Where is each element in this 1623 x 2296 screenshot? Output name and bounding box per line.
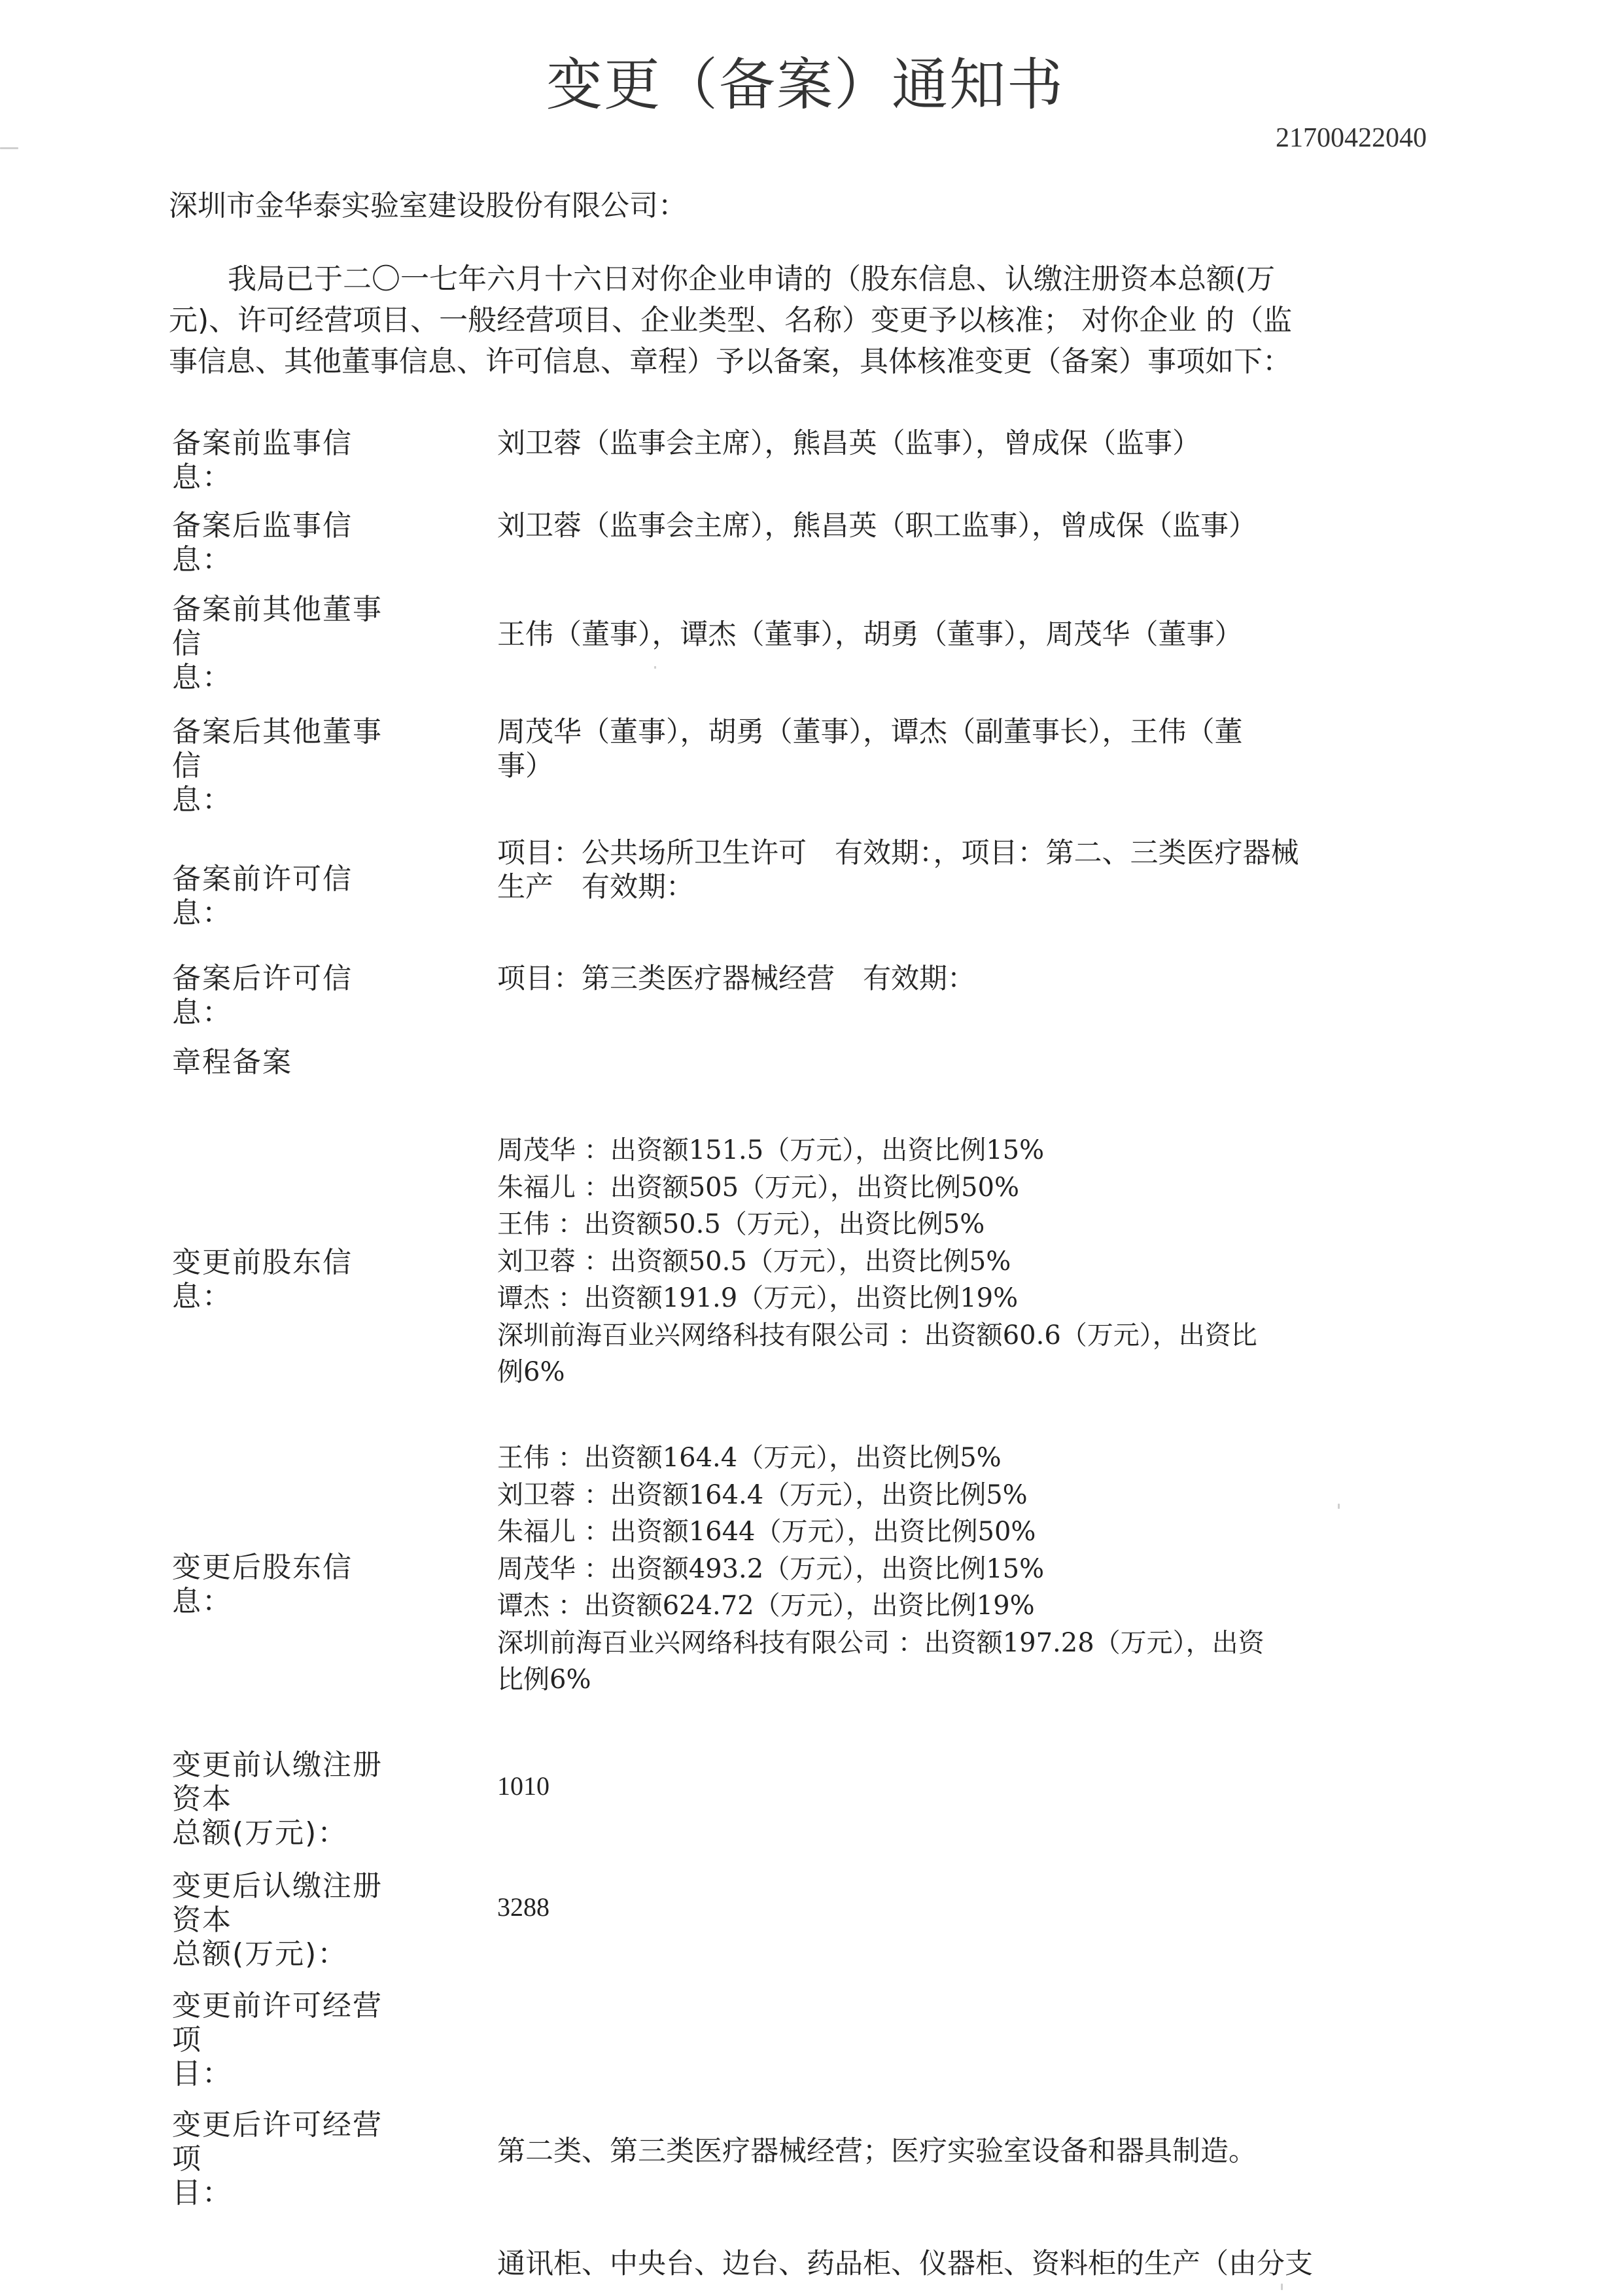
label-text: 变更后认缴注册资本	[172, 1869, 408, 1937]
field-label-capital-after: 变更后认缴注册资本 总额(万元)：	[172, 1869, 408, 1971]
field-value-licensed-business-after: 第二类、第三类医疗器械经营；医疗实验室设备和器具制造。	[497, 2133, 1452, 2170]
shareholder-entry: 朱福儿 ：出资额1644（万元），出资比例50%	[497, 1513, 1452, 1551]
shareholder-entry: 周茂华 ：出资额151.5（万元），出资比例15%	[497, 1132, 1452, 1169]
label-text: 息：	[172, 783, 408, 817]
field-label-licensed-business-after: 变更后许可经营项 目：	[172, 2108, 408, 2210]
shareholder-list-after: 王伟 ：出资额164.4（万元），出资比例5% 刘卫蓉 ：出资额164.4（万元…	[497, 1439, 1452, 1699]
shareholder-entry: 刘卫蓉 ：出资额164.4（万元），出资比例5%	[497, 1477, 1452, 1514]
label-text: 变更后股东信息：	[172, 1551, 353, 1618]
label-text: 变更后许可经营项	[172, 2108, 408, 2176]
value-text: 项目：第三类医疗器械经营 有效期：	[497, 961, 1452, 997]
label-text: 总额(万元)：	[172, 1816, 408, 1850]
value-text: 生产 有效期：	[497, 870, 1452, 904]
value-text: 周茂华（董事），胡勇（董事），谭杰（副董事长），王伟（董	[497, 715, 1452, 749]
shareholder-entry: 王伟 ：出资额50.5（万元），出资比例5%	[497, 1206, 1452, 1243]
shareholder-entry: 王伟 ：出资额164.4（万元），出资比例5%	[497, 1439, 1452, 1477]
value-text: 1010	[497, 1768, 1452, 1805]
shareholder-entry: 周茂华 ：出资额493.2（万元），出资比例15%	[497, 1551, 1452, 1588]
value-text: 事）	[497, 749, 1452, 783]
label-text: 总额(万元)：	[172, 1937, 408, 1971]
shareholder-entry: 谭杰 ：出资额624.72（万元），出资比例19%	[497, 1587, 1452, 1625]
scan-artifact	[654, 666, 656, 669]
field-label-capital-before: 变更前认缴注册资本 总额(万元)：	[172, 1748, 408, 1850]
field-value-capital-after: 3288	[497, 1889, 1452, 1926]
intro-line: 元)、许可经营项目、一般经营项目、企业类型、名称）变更予以核准； 对你企业 的（…	[169, 300, 1451, 341]
label-text: 备案前其他董事信	[172, 593, 408, 661]
field-value-supervisors-after: 刘卫蓉（监事会主席），熊昌英（职工监事），曾成保（监事）	[497, 508, 1452, 544]
field-label-supervisors-before: 备案前监事信息：	[172, 427, 408, 495]
field-value-supervisors-before: 刘卫蓉（监事会主席），熊昌英（监事），曾成保（监事）	[497, 425, 1452, 462]
document-title: 变更（备案）通知书	[546, 52, 1076, 118]
field-value-directors-after: 周茂华（董事），胡勇（董事），谭杰（副董事长），王伟（董 事）	[497, 715, 1452, 783]
label-text: 备案后许可信息：	[172, 962, 353, 1029]
value-text: 通讯柜、中央台、边台、药品柜、仪器柜、资料柜的生产（由分支	[497, 2246, 1452, 2282]
label-text: 备案前监事信息：	[172, 427, 353, 494]
value-text: 3288	[497, 1889, 1452, 1926]
label-text: 变更前许可经营项	[172, 1989, 408, 2057]
label-text: 备案前许可信息：	[172, 862, 353, 930]
shareholder-entry: 深圳前海百业兴网络科技有限公司 ：出资额197.28（万元），出资	[497, 1625, 1452, 1662]
shareholder-entry: 例6%	[497, 1354, 1452, 1391]
field-value-directors-before: 王伟（董事），谭杰（董事），胡勇（董事），周茂华（董事）	[497, 616, 1452, 653]
field-value-license-after: 项目：第三类医疗器械经营 有效期：	[497, 961, 1452, 997]
label-text: 目：	[172, 2057, 408, 2091]
field-label-directors-after: 备案后其他董事信 息：	[172, 715, 408, 817]
document-number: 21700422040	[1276, 122, 1427, 154]
label-text: 变更前认缴注册资本	[172, 1748, 408, 1816]
field-label-directors-before: 备案前其他董事信 息：	[172, 593, 408, 695]
intro-paragraph: 我局已于二〇一七年六月十六日对你企业申请的（股东信息、认缴注册资本总额(万 元)…	[169, 258, 1451, 382]
field-label-shareholders-before: 变更前股东信息：	[172, 1246, 408, 1314]
label-text: 变更前股东信息：	[172, 1246, 353, 1313]
value-text: 项目：公共场所卫生许可 有效期：，项目：第二、三类医疗器械	[497, 836, 1452, 870]
value-text: 王伟（董事），谭杰（董事），胡勇（董事），周茂华（董事）	[497, 616, 1452, 653]
shareholder-entry: 朱福儿 ：出资额505（万元），出资比例50%	[497, 1169, 1452, 1207]
value-text: 第二类、第三类医疗器械经营；医疗实验室设备和器具制造。	[497, 2133, 1452, 2170]
shareholder-entry: 刘卫蓉 ：出资额50.5（万元），出资比例5%	[497, 1243, 1452, 1280]
field-value-license-before: 项目：公共场所卫生许可 有效期：，项目：第二、三类医疗器械 生产 有效期：	[497, 836, 1452, 904]
scan-artifact	[1338, 1504, 1340, 1509]
field-label-license-before: 备案前许可信息：	[172, 862, 408, 930]
field-label-licensed-business-before: 变更前许可经营项 目：	[172, 1989, 408, 2091]
scan-artifact	[0, 147, 18, 149]
field-label-articles-filing: 章程备案	[172, 1046, 408, 1080]
field-label-shareholders-after: 变更后股东信息：	[172, 1551, 408, 1619]
label-text: 目：	[172, 2176, 408, 2210]
addressee: 深圳市金华泰实验室建设股份有限公司：	[169, 186, 687, 226]
value-text: 刘卫蓉（监事会主席），熊昌英（监事），曾成保（监事）	[497, 425, 1452, 462]
field-label-license-after: 备案后许可信息：	[172, 962, 408, 1030]
shareholder-list-before: 周茂华 ：出资额151.5（万元），出资比例15% 朱福儿 ：出资额505（万元…	[497, 1132, 1452, 1391]
field-value-general-business: 通讯柜、中央台、边台、药品柜、仪器柜、资料柜的生产（由分支	[497, 2246, 1452, 2282]
label-text: 备案后监事信息：	[172, 509, 353, 576]
label-text: 备案后其他董事信	[172, 715, 408, 783]
intro-line: 事信息、其他董事信息、许可信息、章程）予以备案，具体核准变更（备案）事项如下：	[169, 341, 1451, 382]
shareholder-entry: 谭杰 ：出资额191.9（万元），出资比例19%	[497, 1280, 1452, 1317]
shareholder-entry: 比例6%	[497, 1661, 1452, 1699]
intro-line: 我局已于二〇一七年六月十六日对你企业申请的（股东信息、认缴注册资本总额(万	[169, 258, 1451, 300]
label-text: 章程备案	[172, 1046, 292, 1079]
scan-artifact	[1281, 2284, 1283, 2290]
label-text: 息：	[172, 661, 408, 695]
field-value-capital-before: 1010	[497, 1768, 1452, 1805]
field-label-supervisors-after: 备案后监事信息：	[172, 509, 408, 577]
shareholder-entry: 深圳前海百业兴网络科技有限公司 ：出资额60.6（万元），出资比	[497, 1317, 1452, 1354]
value-text: 刘卫蓉（监事会主席），熊昌英（职工监事），曾成保（监事）	[497, 508, 1452, 544]
